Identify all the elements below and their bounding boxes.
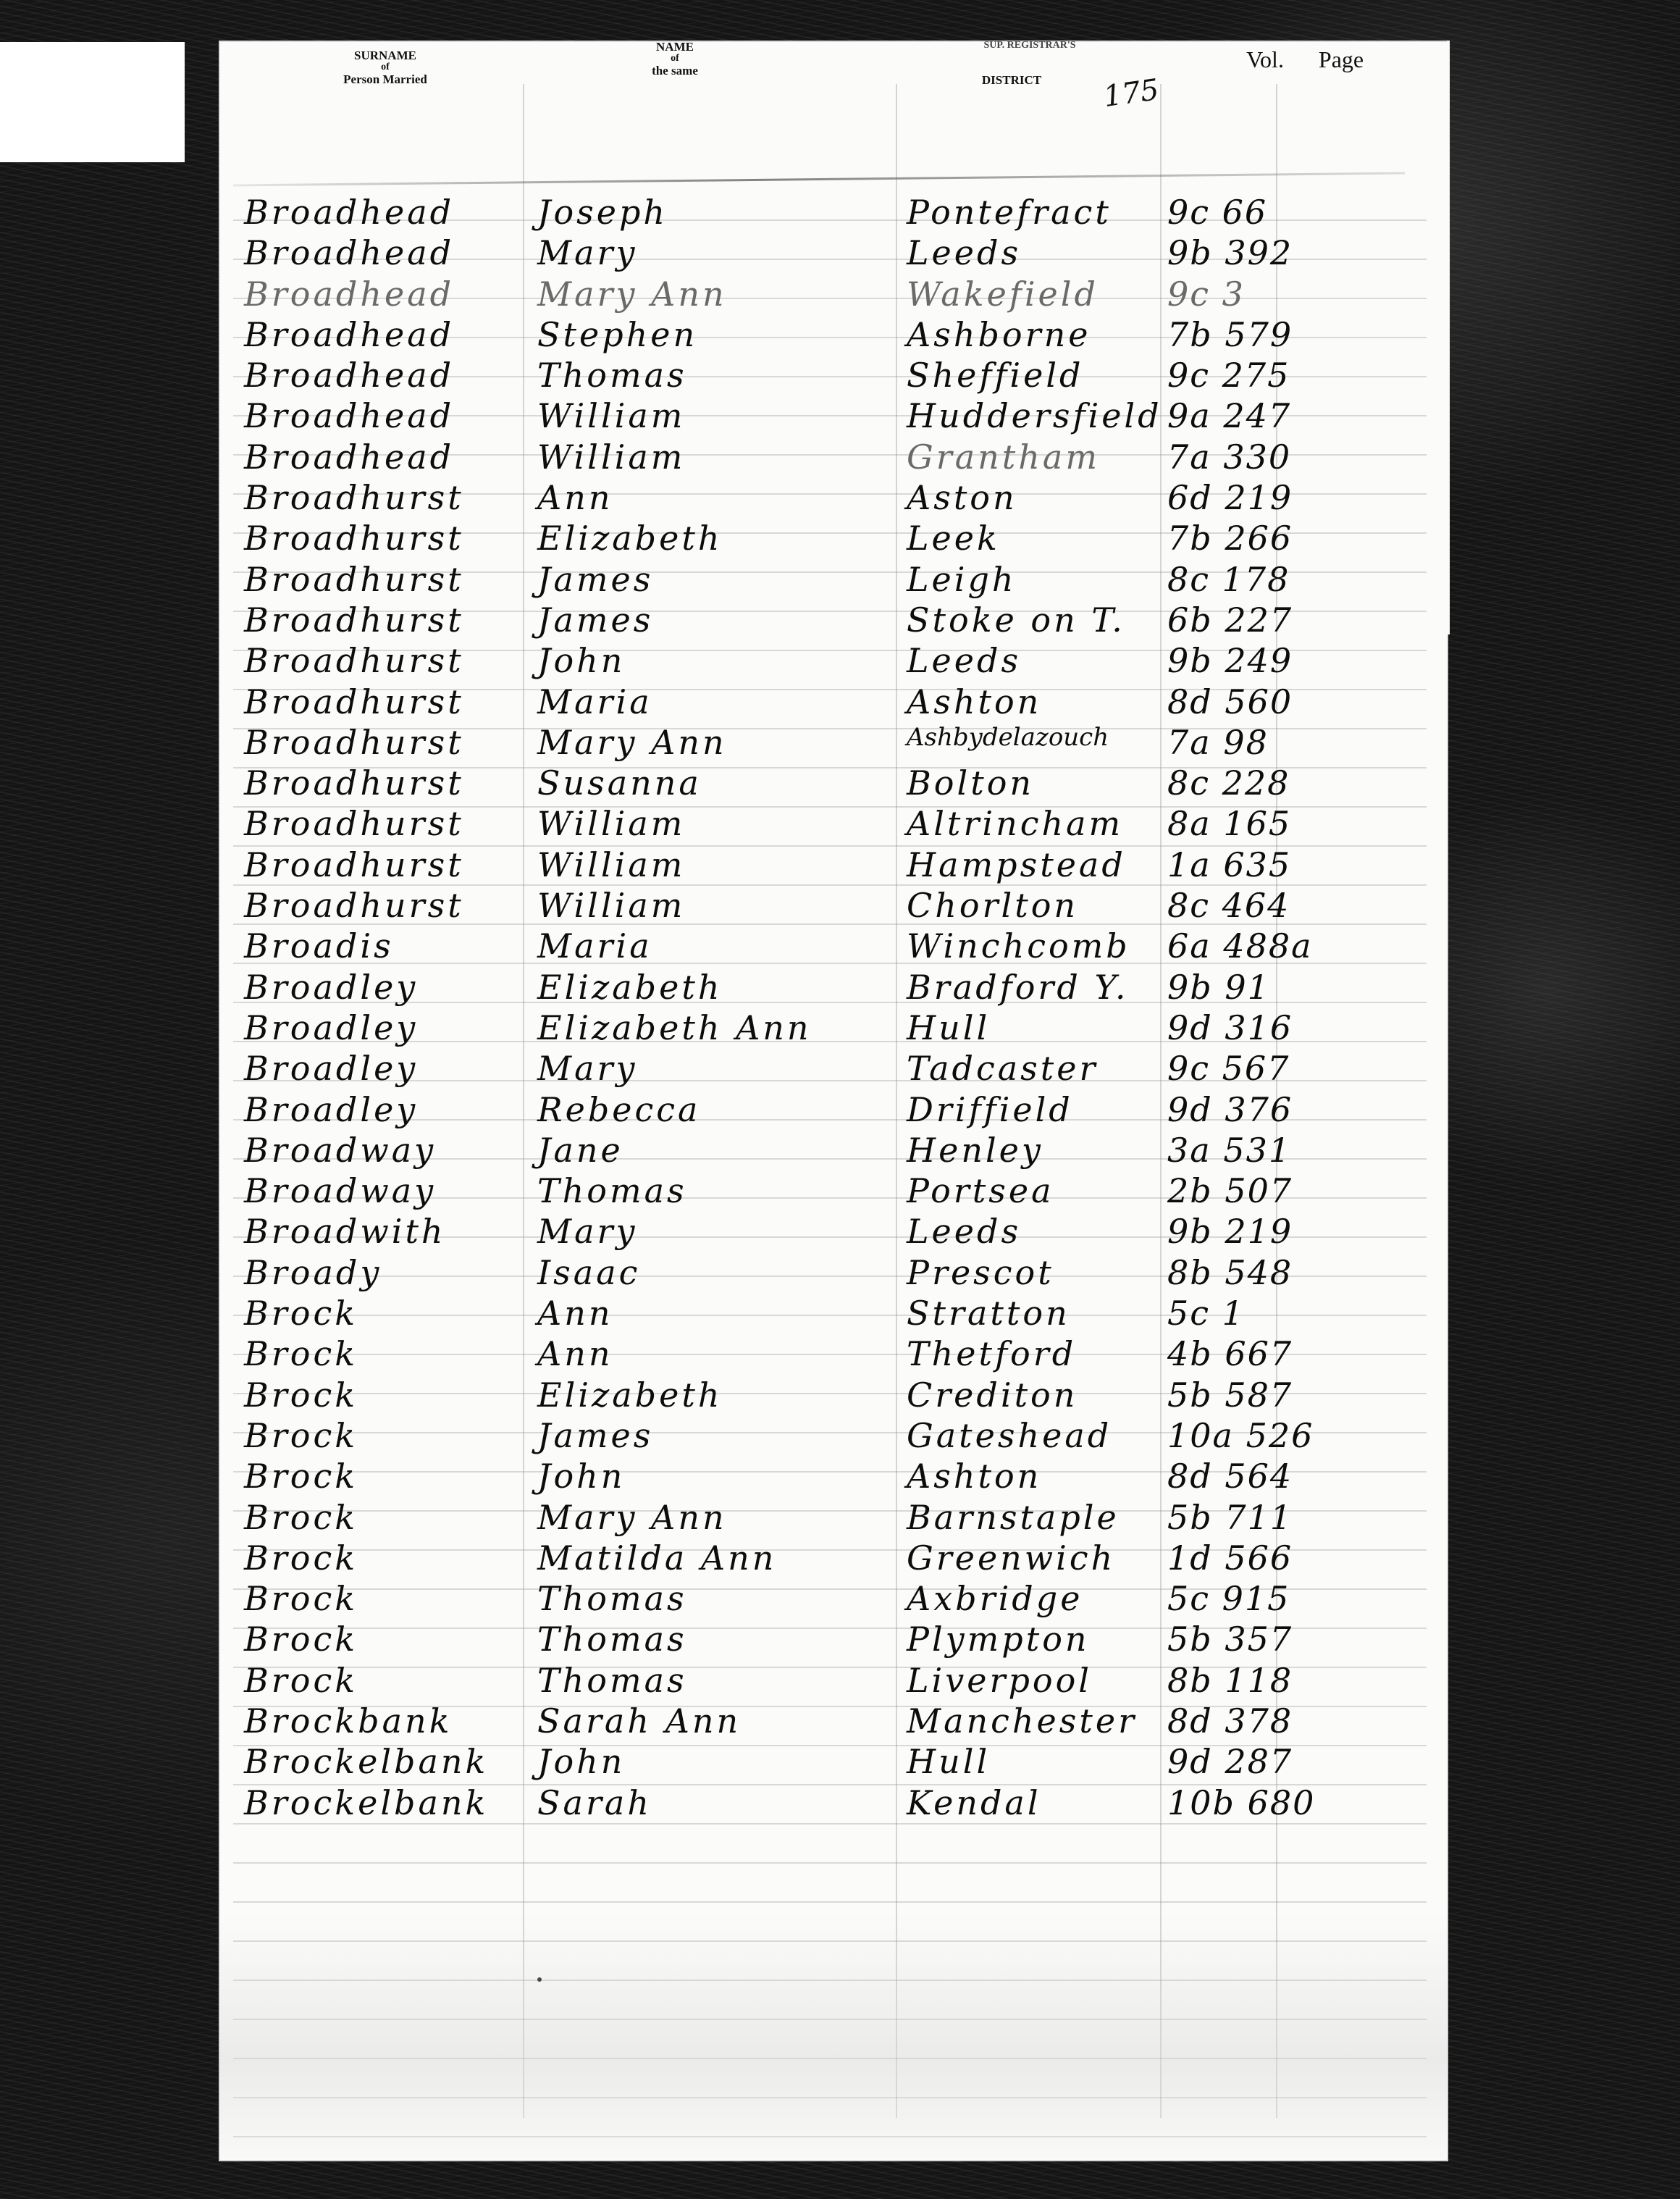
register-entry: BroadhurstMariaAshton8d 560 bbox=[219, 682, 1448, 723]
register-entry: BrockAnnThetford4b 667 bbox=[219, 1334, 1448, 1375]
forename: Stephen bbox=[537, 315, 697, 354]
register-entry: BroadwithMaryLeeds9b 219 bbox=[219, 1212, 1448, 1252]
register-entry: BroadhurstJohnLeeds9b 249 bbox=[219, 641, 1448, 682]
volume-page: 5b 587 bbox=[1167, 1375, 1293, 1415]
volume-page: 10a 526 bbox=[1167, 1416, 1314, 1455]
surname: Brock bbox=[244, 1661, 358, 1700]
volume-page: 8b 548 bbox=[1167, 1253, 1293, 1292]
register-entry: BroadyIsaacPrescot8b 548 bbox=[219, 1253, 1448, 1294]
register-entry: BroadwayThomasPortsea2b 507 bbox=[219, 1171, 1448, 1212]
district: Ashbydelazouch bbox=[907, 723, 1109, 752]
header-line: of bbox=[624, 54, 726, 64]
volume-page: 9d 316 bbox=[1167, 1008, 1293, 1047]
register-entry: BroadhurstJamesStoke on T.6b 227 bbox=[219, 600, 1448, 641]
volume-page: 6a 488a bbox=[1167, 926, 1313, 966]
volume-page: 9b 249 bbox=[1167, 641, 1293, 680]
district: Thetford bbox=[907, 1334, 1076, 1373]
surname: Brockelbank bbox=[244, 1742, 488, 1781]
page-discoloration bbox=[219, 1912, 1448, 2158]
surname: Broadhurst bbox=[244, 519, 464, 558]
district: Stoke on T. bbox=[907, 600, 1125, 640]
forename: William bbox=[537, 396, 685, 435]
forename: Thomas bbox=[537, 1620, 687, 1659]
forename: Sarah Ann bbox=[537, 1701, 741, 1741]
forename: Joseph bbox=[537, 193, 668, 232]
district: Barnstaple bbox=[907, 1498, 1120, 1537]
volume-page: 9c 567 bbox=[1167, 1049, 1290, 1088]
forename: Mary Ann bbox=[537, 1498, 727, 1537]
volume-page: 9d 376 bbox=[1167, 1090, 1293, 1129]
district: Gateshead bbox=[907, 1416, 1112, 1455]
register-entry: BroadhurstElizabethLeek7b 266 bbox=[219, 519, 1448, 559]
surname: Broadway bbox=[244, 1171, 436, 1210]
volume-page: 7b 579 bbox=[1167, 315, 1293, 354]
volume-page: 4b 667 bbox=[1167, 1334, 1293, 1373]
district: Ashton bbox=[907, 1457, 1041, 1496]
volume-page: 8c 178 bbox=[1167, 560, 1290, 599]
forename: Maria bbox=[537, 682, 652, 721]
district: Wakefield bbox=[907, 275, 1099, 314]
forename: Elizabeth Ann bbox=[537, 1008, 812, 1047]
district: Ashborne bbox=[907, 315, 1091, 354]
page-header: Page bbox=[1305, 48, 1377, 72]
forename: James bbox=[537, 600, 653, 640]
register-entry: BrockbankSarah AnnManchester8d 378 bbox=[219, 1701, 1448, 1742]
register-entry: BrockMary AnnBarnstaple5b 711 bbox=[219, 1498, 1448, 1538]
forename: Matilda Ann bbox=[537, 1538, 776, 1578]
register-entry: BroadleyMaryTadcaster9c 567 bbox=[219, 1049, 1448, 1089]
forename: Ann bbox=[537, 1294, 613, 1333]
surname: Brock bbox=[244, 1416, 358, 1455]
register-entry: BroadhurstWilliamChorlton8c 464 bbox=[219, 886, 1448, 926]
forename: William bbox=[537, 437, 685, 477]
register-entry: BroadwayJaneHenley3a 531 bbox=[219, 1131, 1448, 1171]
surname: Broadhurst bbox=[244, 560, 464, 599]
forename: Ann bbox=[537, 478, 613, 517]
forename: Mary bbox=[537, 233, 638, 272]
forename: Mary Ann bbox=[537, 275, 727, 314]
district: Bradford Y. bbox=[907, 968, 1129, 1007]
volume-page: 9b 91 bbox=[1167, 968, 1270, 1007]
register-entry: BroadisMariaWinchcomb6a 488a bbox=[219, 926, 1448, 967]
volume-page: 5b 711 bbox=[1167, 1498, 1293, 1537]
register-entry: BroadleyElizabeth AnnHull9d 316 bbox=[219, 1008, 1448, 1049]
district: Liverpool bbox=[907, 1661, 1092, 1700]
surname: Broadley bbox=[244, 1090, 418, 1129]
district: Leek bbox=[907, 519, 1000, 558]
forename: John bbox=[537, 1457, 625, 1496]
header-line: the same bbox=[624, 64, 726, 78]
district: Hampstead bbox=[907, 845, 1126, 884]
register-entry: BrockelbankJohnHull9d 287 bbox=[219, 1742, 1448, 1783]
surname: Brock bbox=[244, 1620, 358, 1659]
district: Axbridge bbox=[907, 1579, 1083, 1618]
volume-page: 9b 219 bbox=[1167, 1212, 1293, 1251]
volume-page: 5b 357 bbox=[1167, 1620, 1293, 1659]
register-entry: BroadhurstJamesLeigh8c 178 bbox=[219, 560, 1448, 600]
volume-page: 6d 219 bbox=[1167, 478, 1293, 517]
district: Portsea bbox=[907, 1171, 1054, 1210]
volume-page: 10b 680 bbox=[1167, 1783, 1315, 1822]
register-entry: BrockAnnStratton5c 1 bbox=[219, 1294, 1448, 1334]
district: Henley bbox=[907, 1131, 1043, 1170]
volume-page: 9a 247 bbox=[1167, 396, 1291, 435]
surname: Broadhead bbox=[244, 233, 454, 272]
surname: Broadley bbox=[244, 968, 418, 1007]
forename: Elizabeth bbox=[537, 519, 722, 558]
surname: Broadhead bbox=[244, 193, 454, 232]
register-entry: BrockElizabethCrediton5b 587 bbox=[219, 1375, 1448, 1416]
forename: Ann bbox=[537, 1334, 613, 1373]
register-entry: BrockMatilda AnnGreenwich1d 566 bbox=[219, 1538, 1448, 1579]
register-entry: BroadheadMary AnnWakefield9c 3 bbox=[219, 275, 1448, 315]
register-entry: BroadleyElizabethBradford Y.9b 91 bbox=[219, 968, 1448, 1008]
district: Chorlton bbox=[907, 886, 1078, 925]
surname: Broadhead bbox=[244, 356, 454, 395]
surname-column-header: SURNAME of Person Married bbox=[306, 49, 465, 85]
vol-header: Vol. bbox=[1232, 48, 1298, 72]
district: Leeds bbox=[907, 1212, 1021, 1251]
district: Huddersfield bbox=[907, 396, 1162, 435]
surname: Broadhead bbox=[244, 315, 454, 354]
forename: John bbox=[537, 641, 625, 680]
register-entry: BroadheadStephenAshborne7b 579 bbox=[219, 315, 1448, 356]
surname: Brock bbox=[244, 1579, 358, 1618]
surname: Brock bbox=[244, 1538, 358, 1578]
district: Leeds bbox=[907, 641, 1021, 680]
volume-page: 2b 507 bbox=[1167, 1171, 1293, 1210]
surname: Broadhurst bbox=[244, 478, 464, 517]
district: Kendal bbox=[907, 1783, 1041, 1822]
forename: Thomas bbox=[537, 1579, 687, 1618]
forename: William bbox=[537, 886, 685, 925]
register-entry: BroadleyRebeccaDriffield9d 376 bbox=[219, 1090, 1448, 1131]
forename: James bbox=[537, 1416, 653, 1455]
volume-page: 8d 560 bbox=[1167, 682, 1293, 721]
district: Leeds bbox=[907, 233, 1021, 272]
forename: Thomas bbox=[537, 356, 687, 395]
registrar-header: SUP. REGISTRAR'S bbox=[936, 41, 1124, 51]
register-entry: BrockThomasLiverpool8b 118 bbox=[219, 1661, 1448, 1701]
district: Sheffield bbox=[907, 356, 1084, 395]
volume-page: 8d 564 bbox=[1167, 1457, 1293, 1496]
forename: Sarah bbox=[537, 1783, 652, 1822]
surname: Brock bbox=[244, 1334, 358, 1373]
forename: Elizabeth bbox=[537, 968, 722, 1007]
forename: Mary bbox=[537, 1049, 638, 1088]
register-entry: BrockThomasPlympton5b 357 bbox=[219, 1620, 1448, 1660]
surname: Broadhurst bbox=[244, 600, 464, 640]
forename: Rebecca bbox=[537, 1090, 700, 1129]
film-corner-label bbox=[0, 42, 185, 162]
volume-page: 3a 531 bbox=[1167, 1131, 1291, 1170]
surname: Broadhead bbox=[244, 437, 454, 477]
district: Grantham bbox=[907, 437, 1100, 477]
surname: Brock bbox=[244, 1498, 358, 1537]
register-entry: BrockJamesGateshead10a 526 bbox=[219, 1416, 1448, 1457]
register-entry: BroadhurstWilliamHampstead1a 635 bbox=[219, 845, 1448, 886]
register-entry: BrockelbankSarahKendal10b 680 bbox=[219, 1783, 1448, 1824]
register-entry: BroadheadWilliamHuddersfield9a 247 bbox=[219, 396, 1448, 437]
district: Hull bbox=[907, 1742, 990, 1781]
name-column-header: NAME of the same bbox=[624, 41, 726, 77]
forename: Jane bbox=[537, 1131, 623, 1170]
volume-page: 9c 3 bbox=[1167, 275, 1245, 314]
surname: Brock bbox=[244, 1294, 358, 1333]
district: Altrincham bbox=[907, 804, 1123, 843]
volume-page: 1a 635 bbox=[1167, 845, 1291, 884]
forename: Mary Ann bbox=[537, 723, 727, 762]
volume-page: 9b 392 bbox=[1167, 233, 1293, 272]
district: Winchcomb bbox=[907, 926, 1130, 966]
volume-page: 8d 378 bbox=[1167, 1701, 1293, 1741]
district: Prescot bbox=[907, 1253, 1054, 1292]
district: Stratton bbox=[907, 1294, 1070, 1333]
forename: James bbox=[537, 560, 653, 599]
header-line: of bbox=[306, 62, 465, 73]
register-entries: BroadheadJosephPontefract9c 66 Broadhead… bbox=[219, 193, 1448, 1824]
forename: Maria bbox=[537, 926, 652, 966]
surname: Broadhurst bbox=[244, 641, 464, 680]
register-entry: BroadheadWilliamGrantham7a 330 bbox=[219, 437, 1448, 478]
volume-page: 1d 566 bbox=[1167, 1538, 1293, 1578]
district: Ashton bbox=[907, 682, 1041, 721]
forename: Elizabeth bbox=[537, 1375, 722, 1415]
forename: William bbox=[537, 804, 685, 843]
register-header: SURNAME of Person Married NAME of the sa… bbox=[219, 41, 1448, 178]
district: Tadcaster bbox=[907, 1049, 1098, 1088]
register-entry: BrockThomasAxbridge5c 915 bbox=[219, 1579, 1448, 1620]
district: Hull bbox=[907, 1008, 990, 1047]
surname: Broadley bbox=[244, 1008, 418, 1047]
surname: Brockelbank bbox=[244, 1783, 488, 1822]
surname: Broadhurst bbox=[244, 886, 464, 925]
volume-page: 8b 118 bbox=[1167, 1661, 1293, 1700]
district-number: 175 bbox=[1101, 73, 1161, 114]
register-entry: BroadhurstAnnAston6d 219 bbox=[219, 478, 1448, 519]
register-entry: BroadheadJosephPontefract9c 66 bbox=[219, 193, 1448, 233]
surname: Broadley bbox=[244, 1049, 418, 1088]
district: Crediton bbox=[907, 1375, 1078, 1415]
volume-page: 8a 165 bbox=[1167, 804, 1291, 843]
surname: Broadhurst bbox=[244, 682, 464, 721]
surname: Broadhurst bbox=[244, 845, 464, 884]
surname: Broadway bbox=[244, 1131, 436, 1170]
volume-page: 7a 98 bbox=[1167, 723, 1269, 762]
forename: Isaac bbox=[537, 1253, 640, 1292]
forename: William bbox=[537, 845, 685, 884]
surname: Broadhurst bbox=[244, 763, 464, 803]
district: Driffield bbox=[907, 1090, 1073, 1129]
volume-page: 8c 228 bbox=[1167, 763, 1290, 803]
header-line: SURNAME bbox=[306, 49, 465, 62]
register-entry: BrockJohnAshton8d 564 bbox=[219, 1457, 1448, 1497]
register-entry: BroadheadThomasSheffield9c 275 bbox=[219, 356, 1448, 396]
register-entry: BroadheadMaryLeeds9b 392 bbox=[219, 233, 1448, 274]
district-header: DISTRICT bbox=[957, 74, 1066, 87]
volume-page: 6b 227 bbox=[1167, 600, 1293, 640]
register-entry: BroadhurstMary AnnAshbydelazouch7a 98 bbox=[219, 723, 1448, 763]
volume-page: 7a 330 bbox=[1167, 437, 1291, 477]
header-line: Person Married bbox=[306, 73, 465, 86]
district: Aston bbox=[907, 478, 1017, 517]
register-entry: BroadhurstSusannaBolton8c 228 bbox=[219, 763, 1448, 804]
surname: Broadis bbox=[244, 926, 394, 966]
forename: Mary bbox=[537, 1212, 638, 1251]
surname: Broady bbox=[244, 1253, 382, 1292]
register-page: SURNAME of Person Married NAME of the sa… bbox=[219, 41, 1448, 2161]
surname: Broadhurst bbox=[244, 723, 464, 762]
surname: Broadwith bbox=[244, 1212, 446, 1251]
surname: Broadhead bbox=[244, 275, 454, 314]
volume-page: 9d 287 bbox=[1167, 1742, 1293, 1781]
forename: Susanna bbox=[537, 763, 702, 803]
surname: Brock bbox=[244, 1375, 358, 1415]
volume-page: 5c 915 bbox=[1167, 1579, 1290, 1618]
district: Greenwich bbox=[907, 1538, 1115, 1578]
forename: John bbox=[537, 1742, 625, 1781]
forename: Thomas bbox=[537, 1171, 687, 1210]
volume-page: 9c 66 bbox=[1167, 193, 1267, 232]
district: Pontefract bbox=[907, 193, 1112, 232]
register-entry: BroadhurstWilliamAltrincham8a 165 bbox=[219, 804, 1448, 845]
volume-page: 7b 266 bbox=[1167, 519, 1293, 558]
page-edge bbox=[1447, 41, 1450, 634]
forename: Thomas bbox=[537, 1661, 687, 1700]
header-line: NAME bbox=[624, 41, 726, 54]
district: Bolton bbox=[907, 763, 1034, 803]
volume-page: 5c 1 bbox=[1167, 1294, 1245, 1333]
district: Manchester bbox=[907, 1701, 1137, 1741]
surname: Broadhead bbox=[244, 396, 454, 435]
surname: Brock bbox=[244, 1457, 358, 1496]
district: Plympton bbox=[907, 1620, 1090, 1659]
surname: Brockbank bbox=[244, 1701, 453, 1741]
surname: Broadhurst bbox=[244, 804, 464, 843]
district: Leigh bbox=[907, 560, 1017, 599]
volume-page: 9c 275 bbox=[1167, 356, 1290, 395]
volume-page: 8c 464 bbox=[1167, 886, 1290, 925]
